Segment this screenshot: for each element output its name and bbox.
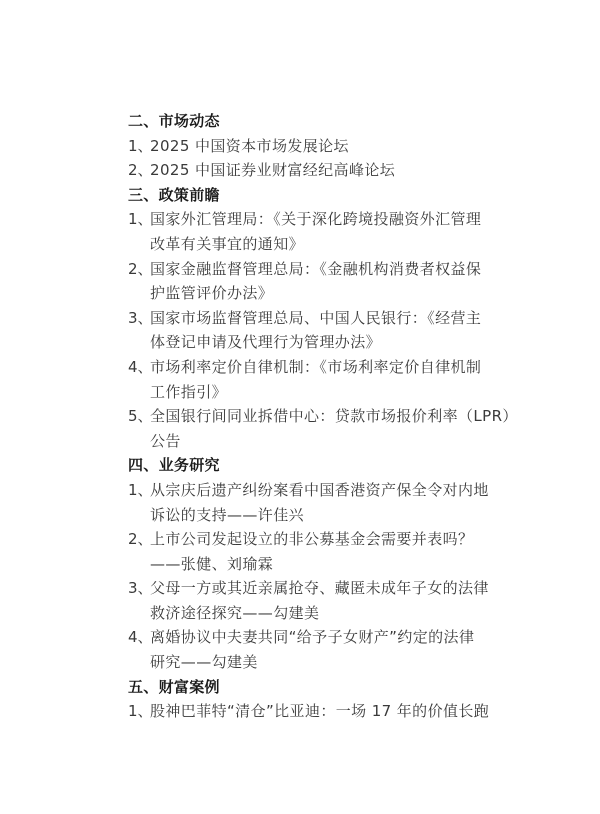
item-line: ——张健、刘瑜霖 (150, 552, 478, 577)
section-market-dynamics: 二、市场动态 1、 2025 中国资本市场发展论坛 2、 2025 中国证券业财… (128, 109, 478, 183)
list-item: 3、 父母一方或其近亲属抢夺、藏匿未成年子女的法律 救济途径探究——勾建美 (128, 576, 478, 625)
item-line: 护监管评价办法》 (150, 281, 481, 306)
list-item: 4、 离婚协议中夫妻共同“给予子女财产”约定的法律 研究——勾建美 (128, 625, 478, 674)
list-item: 3、 国家市场监督管理总局、中国人民银行：《经营主 体登记申请及代理行为管理办法… (128, 306, 478, 355)
item-line: 国家金融监督管理总局：《金融机构消费者权益保 (150, 257, 481, 282)
item-text: 离婚协议中夫妻共同“给予子女财产”约定的法律 研究——勾建美 (150, 625, 478, 674)
item-line: 研究——勾建美 (150, 650, 478, 675)
list-item: 2、 上市公司发起设立的非公募基金会需要并表吗？ ——张健、刘瑜霖 (128, 527, 478, 576)
list-item: 1、 股神巴菲特“清仓”比亚迪：一场 17 年的价值长跑 (128, 699, 478, 724)
item-number: 1、 (128, 699, 150, 724)
item-line: 股神巴菲特“清仓”比亚迪：一场 17 年的价值长跑 (150, 699, 489, 724)
item-text: 2025 中国资本市场发展论坛 (150, 134, 478, 159)
item-number: 3、 (128, 306, 150, 355)
item-text: 2025 中国证券业财富经纪高峰论坛 (150, 158, 478, 183)
item-line: 公告 (150, 429, 518, 454)
item-line: 工作指引》 (150, 380, 481, 405)
item-number: 2、 (128, 527, 150, 576)
item-line: 离婚协议中夫妻共同“给予子女财产”约定的法律 (150, 625, 478, 650)
list-item: 1、 从宗庆后遗产纠纷案看中国香港资产保全令对内地 诉讼的支持——许佳兴 (128, 478, 478, 527)
item-line: 上市公司发起设立的非公募基金会需要并表吗？ (150, 527, 478, 552)
item-text: 国家外汇管理局：《关于深化跨境投融资外汇管理 改革有关事宜的通知》 (150, 207, 481, 256)
section-heading: 二、市场动态 (128, 109, 478, 134)
item-text: 父母一方或其近亲属抢夺、藏匿未成年子女的法律 救济途径探究——勾建美 (150, 576, 489, 625)
section-heading: 五、财富案例 (128, 675, 478, 700)
section-heading: 四、业务研究 (128, 453, 478, 478)
list-item: 2、 国家金融监督管理总局：《金融机构消费者权益保 护监管评价办法》 (128, 257, 478, 306)
item-line: 父母一方或其近亲属抢夺、藏匿未成年子女的法律 (150, 576, 489, 601)
item-line: 市场利率定价自律机制：《市场利率定价自律机制 (150, 355, 481, 380)
item-text: 国家金融监督管理总局：《金融机构消费者权益保 护监管评价办法》 (150, 257, 481, 306)
item-text: 全国银行间同业拆借中心：贷款市场报价利率（LPR） 公告 (150, 404, 518, 453)
section-wealth-cases: 五、财富案例 1、 股神巴菲特“清仓”比亚迪：一场 17 年的价值长跑 (128, 675, 478, 724)
section-policy-outlook: 三、政策前瞻 1、 国家外汇管理局：《关于深化跨境投融资外汇管理 改革有关事宜的… (128, 183, 478, 454)
item-line: 从宗庆后遗产纠纷案看中国香港资产保全令对内地 (150, 478, 489, 503)
list-item: 2、 2025 中国证券业财富经纪高峰论坛 (128, 158, 478, 183)
item-line: 2025 中国资本市场发展论坛 (150, 134, 478, 159)
item-line: 国家市场监督管理总局、中国人民银行：《经营主 (150, 306, 481, 331)
item-number: 3、 (128, 576, 150, 625)
item-text: 上市公司发起设立的非公募基金会需要并表吗？ ——张健、刘瑜霖 (150, 527, 478, 576)
section-heading: 三、政策前瞻 (128, 183, 478, 208)
item-number: 1、 (128, 134, 150, 159)
list-item: 4、 市场利率定价自律机制：《市场利率定价自律机制 工作指引》 (128, 355, 478, 404)
item-number: 4、 (128, 625, 150, 674)
table-of-contents: 二、市场动态 1、 2025 中国资本市场发展论坛 2、 2025 中国证券业财… (128, 109, 478, 724)
item-line: 体登记申请及代理行为管理办法》 (150, 330, 481, 355)
item-number: 2、 (128, 158, 150, 183)
item-number: 1、 (128, 207, 150, 256)
list-item: 1、 2025 中国资本市场发展论坛 (128, 134, 478, 159)
item-text: 市场利率定价自律机制：《市场利率定价自律机制 工作指引》 (150, 355, 481, 404)
item-number: 2、 (128, 257, 150, 306)
list-item: 1、 国家外汇管理局：《关于深化跨境投融资外汇管理 改革有关事宜的通知》 (128, 207, 478, 256)
item-line: 改革有关事宜的通知》 (150, 232, 481, 257)
item-line: 2025 中国证券业财富经纪高峰论坛 (150, 158, 478, 183)
item-line: 国家外汇管理局：《关于深化跨境投融资外汇管理 (150, 207, 481, 232)
item-text: 从宗庆后遗产纠纷案看中国香港资产保全令对内地 诉讼的支持——许佳兴 (150, 478, 489, 527)
item-number: 1、 (128, 478, 150, 527)
item-text: 国家市场监督管理总局、中国人民银行：《经营主 体登记申请及代理行为管理办法》 (150, 306, 481, 355)
item-line: 诉讼的支持——许佳兴 (150, 503, 489, 528)
list-item: 5、 全国银行间同业拆借中心：贷款市场报价利率（LPR） 公告 (128, 404, 478, 453)
item-line: 全国银行间同业拆借中心：贷款市场报价利率（LPR） (150, 404, 518, 429)
section-business-research: 四、业务研究 1、 从宗庆后遗产纠纷案看中国香港资产保全令对内地 诉讼的支持——… (128, 453, 478, 674)
item-number: 4、 (128, 355, 150, 404)
item-number: 5、 (128, 404, 150, 453)
item-text: 股神巴菲特“清仓”比亚迪：一场 17 年的价值长跑 (150, 699, 489, 724)
item-line: 救济途径探究——勾建美 (150, 601, 489, 626)
